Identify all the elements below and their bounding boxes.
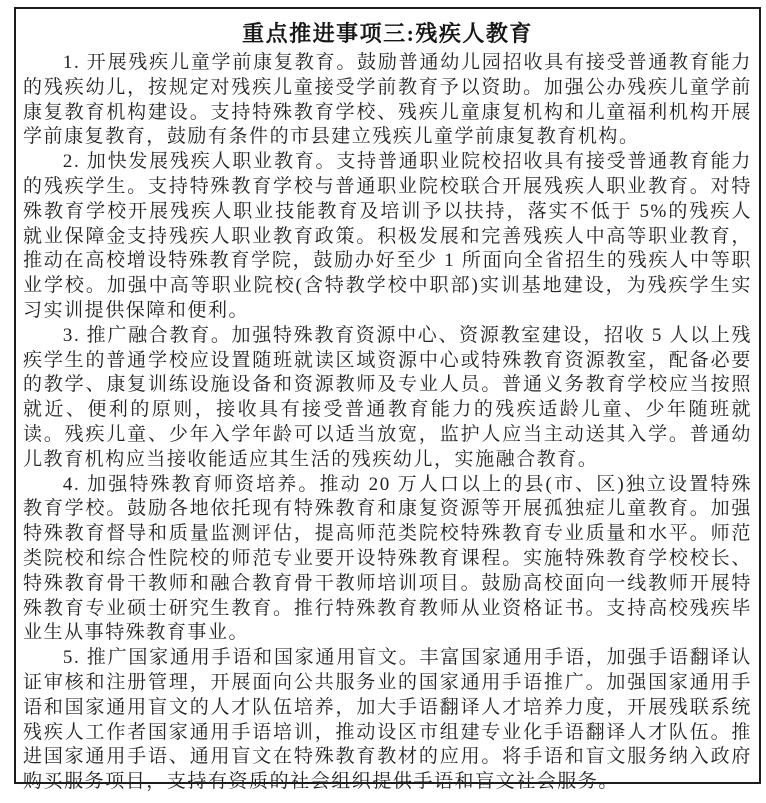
paragraph-3-inclusive-education: 3. 推广融合教育。加强特殊教育资源中心、资源教室建设，招收 5 人以上残疾学生…	[23, 324, 752, 473]
paragraph-2-vocational-education: 2. 加快发展残疾人职业教育。支持普通职业院校招收具有接受普通教育能力的残疾学生…	[23, 150, 752, 324]
document-frame: 重点推进事项三:残疾人教育 1. 开展残疾儿童学前康复教育。鼓励普通幼儿园招收具…	[14, 7, 761, 784]
paragraph-1-preschool-rehab-education: 1. 开展残疾儿童学前康复教育。鼓励普通幼儿园招收具有接受普通教育能力的残疾幼儿…	[23, 51, 752, 150]
paragraph-5-sign-language-braille: 5. 推广国家通用手语和国家通用盲文。丰富国家通用手语，加强手语翻译认证审核和注…	[23, 646, 752, 795]
paragraph-4-teacher-training: 4. 加强特殊教育师资培养。推动 20 万人口以上的县(市、区)独立设置特殊教育…	[23, 473, 752, 647]
section-title: 重点推进事项三:残疾人教育	[23, 21, 752, 47]
document-body: 1. 开展残疾儿童学前康复教育。鼓励普通幼儿园招收具有接受普通教育能力的残疾幼儿…	[23, 51, 752, 795]
